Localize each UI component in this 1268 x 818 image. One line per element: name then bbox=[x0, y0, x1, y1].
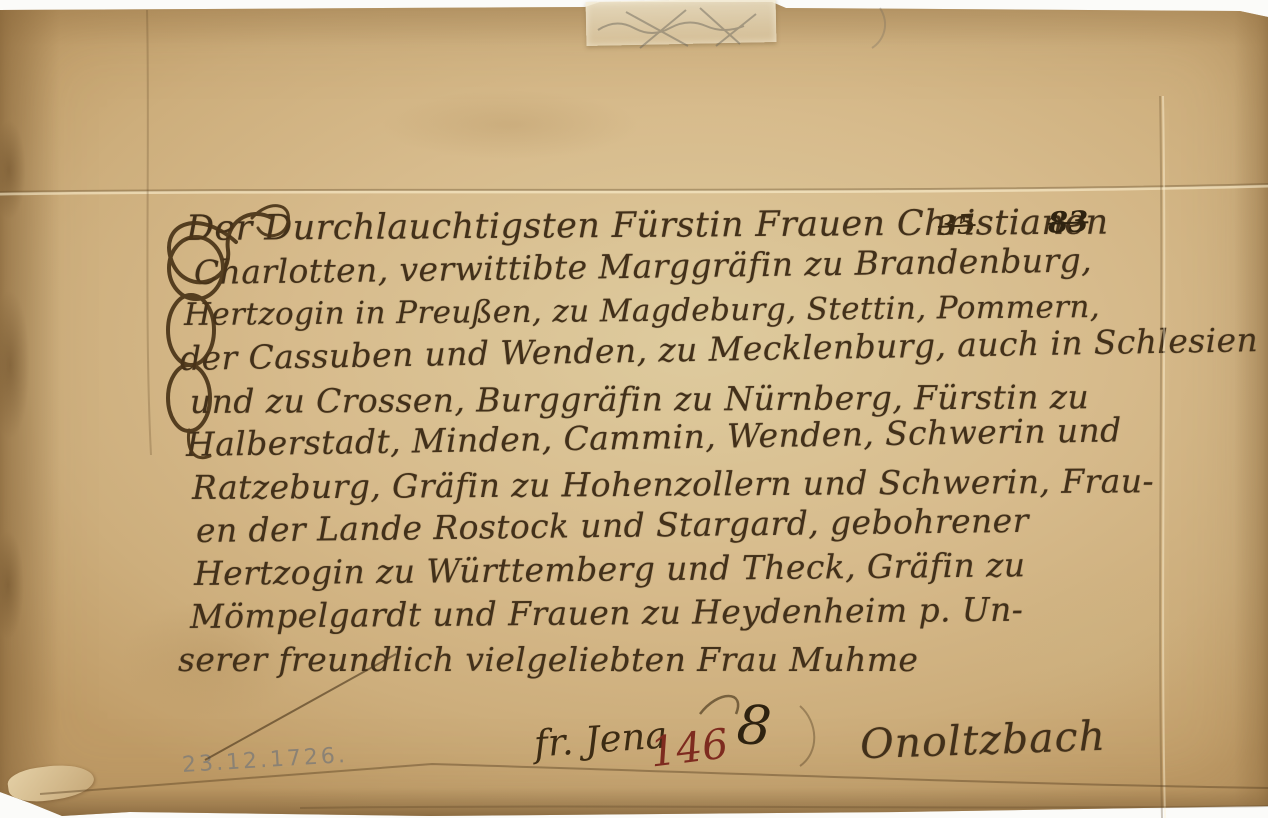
letter-line: serer freundlich vielgeliebten Frau Muhm… bbox=[178, 638, 1208, 681]
red-folio-number: 146 bbox=[647, 719, 731, 776]
archival-number-struck: 83 bbox=[1047, 204, 1089, 239]
scanned-letter-page: Der Durchlauchtigsten Fürstin Frauen Chr… bbox=[0, 0, 1268, 818]
address-text-block: Der Durchlauchtigsten Fürstin Frauen Chr… bbox=[178, 208, 1208, 681]
tape-strip bbox=[586, 0, 777, 46]
archival-number-struck: 35 bbox=[937, 209, 976, 242]
paper-edge-bottom bbox=[0, 788, 1268, 818]
letter-line: Mömpelgardt und Frauen zu Heydenheim p. … bbox=[190, 586, 1208, 638]
paper-stain bbox=[380, 90, 640, 160]
paper-edge-right bbox=[1234, 0, 1268, 818]
torn-corner-flap bbox=[6, 760, 96, 806]
ink-number: 8 bbox=[735, 693, 774, 758]
torn-spot bbox=[0, 120, 26, 220]
torn-spot bbox=[0, 290, 30, 440]
torn-spot bbox=[0, 530, 24, 640]
place-name: Onoltzbach bbox=[859, 712, 1106, 769]
pencil-date: 23.12.1726. bbox=[181, 743, 348, 778]
paper-sheet: Der Durchlauchtigsten Fürstin Frauen Chr… bbox=[0, 0, 1268, 818]
